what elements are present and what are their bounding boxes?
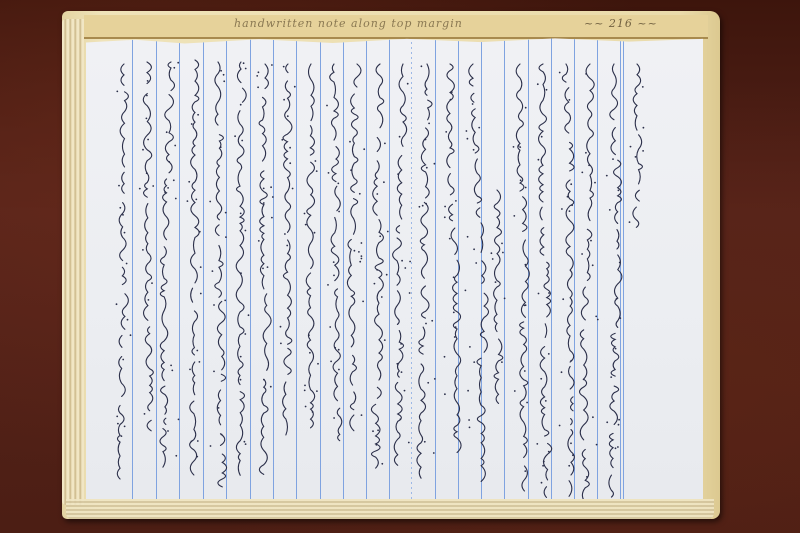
handwritten-line-15 <box>440 64 460 444</box>
header-handwritten-number: ~~ 216 ~~ <box>584 17 658 30</box>
lined-paper-page <box>86 37 703 499</box>
handwritten-line-6 <box>231 62 251 472</box>
notebook-page-edges-left <box>62 19 84 505</box>
handwritten-line-20 <box>556 64 576 484</box>
handwritten-line-11 <box>347 64 367 424</box>
handwritten-line-12 <box>370 64 390 464</box>
handwritten-line-9 <box>301 64 321 434</box>
handwritten-line-4 <box>185 60 205 470</box>
notebook-page-edges-bottom <box>66 499 714 519</box>
notebook-top-margin: handwritten note along top margin ~~ 216… <box>84 15 708 39</box>
handwritten-line-19 <box>533 64 553 484</box>
handwritten-line-10 <box>324 64 344 434</box>
handwritten-line-7 <box>255 64 275 464</box>
handwritten-line-16 <box>463 64 483 464</box>
handwritten-line-8 <box>278 64 298 424</box>
notebook: handwritten note along top margin ~~ 216… <box>62 11 720 519</box>
handwritten-line-2 <box>137 62 157 422</box>
handwritten-line-23 <box>627 64 647 224</box>
handwritten-line-3 <box>161 62 181 462</box>
handwritten-line-5 <box>208 62 228 472</box>
handwritten-line-22 <box>604 64 624 484</box>
handwritten-line-13 <box>393 64 413 454</box>
handwritten-line-1 <box>114 64 134 464</box>
handwritten-line-14 <box>417 64 437 464</box>
handwritten-line-17 <box>487 190 507 400</box>
handwritten-line-21 <box>580 64 600 484</box>
header-faint-note: handwritten note along top margin <box>234 17 463 30</box>
handwritten-line-18 <box>510 64 530 484</box>
